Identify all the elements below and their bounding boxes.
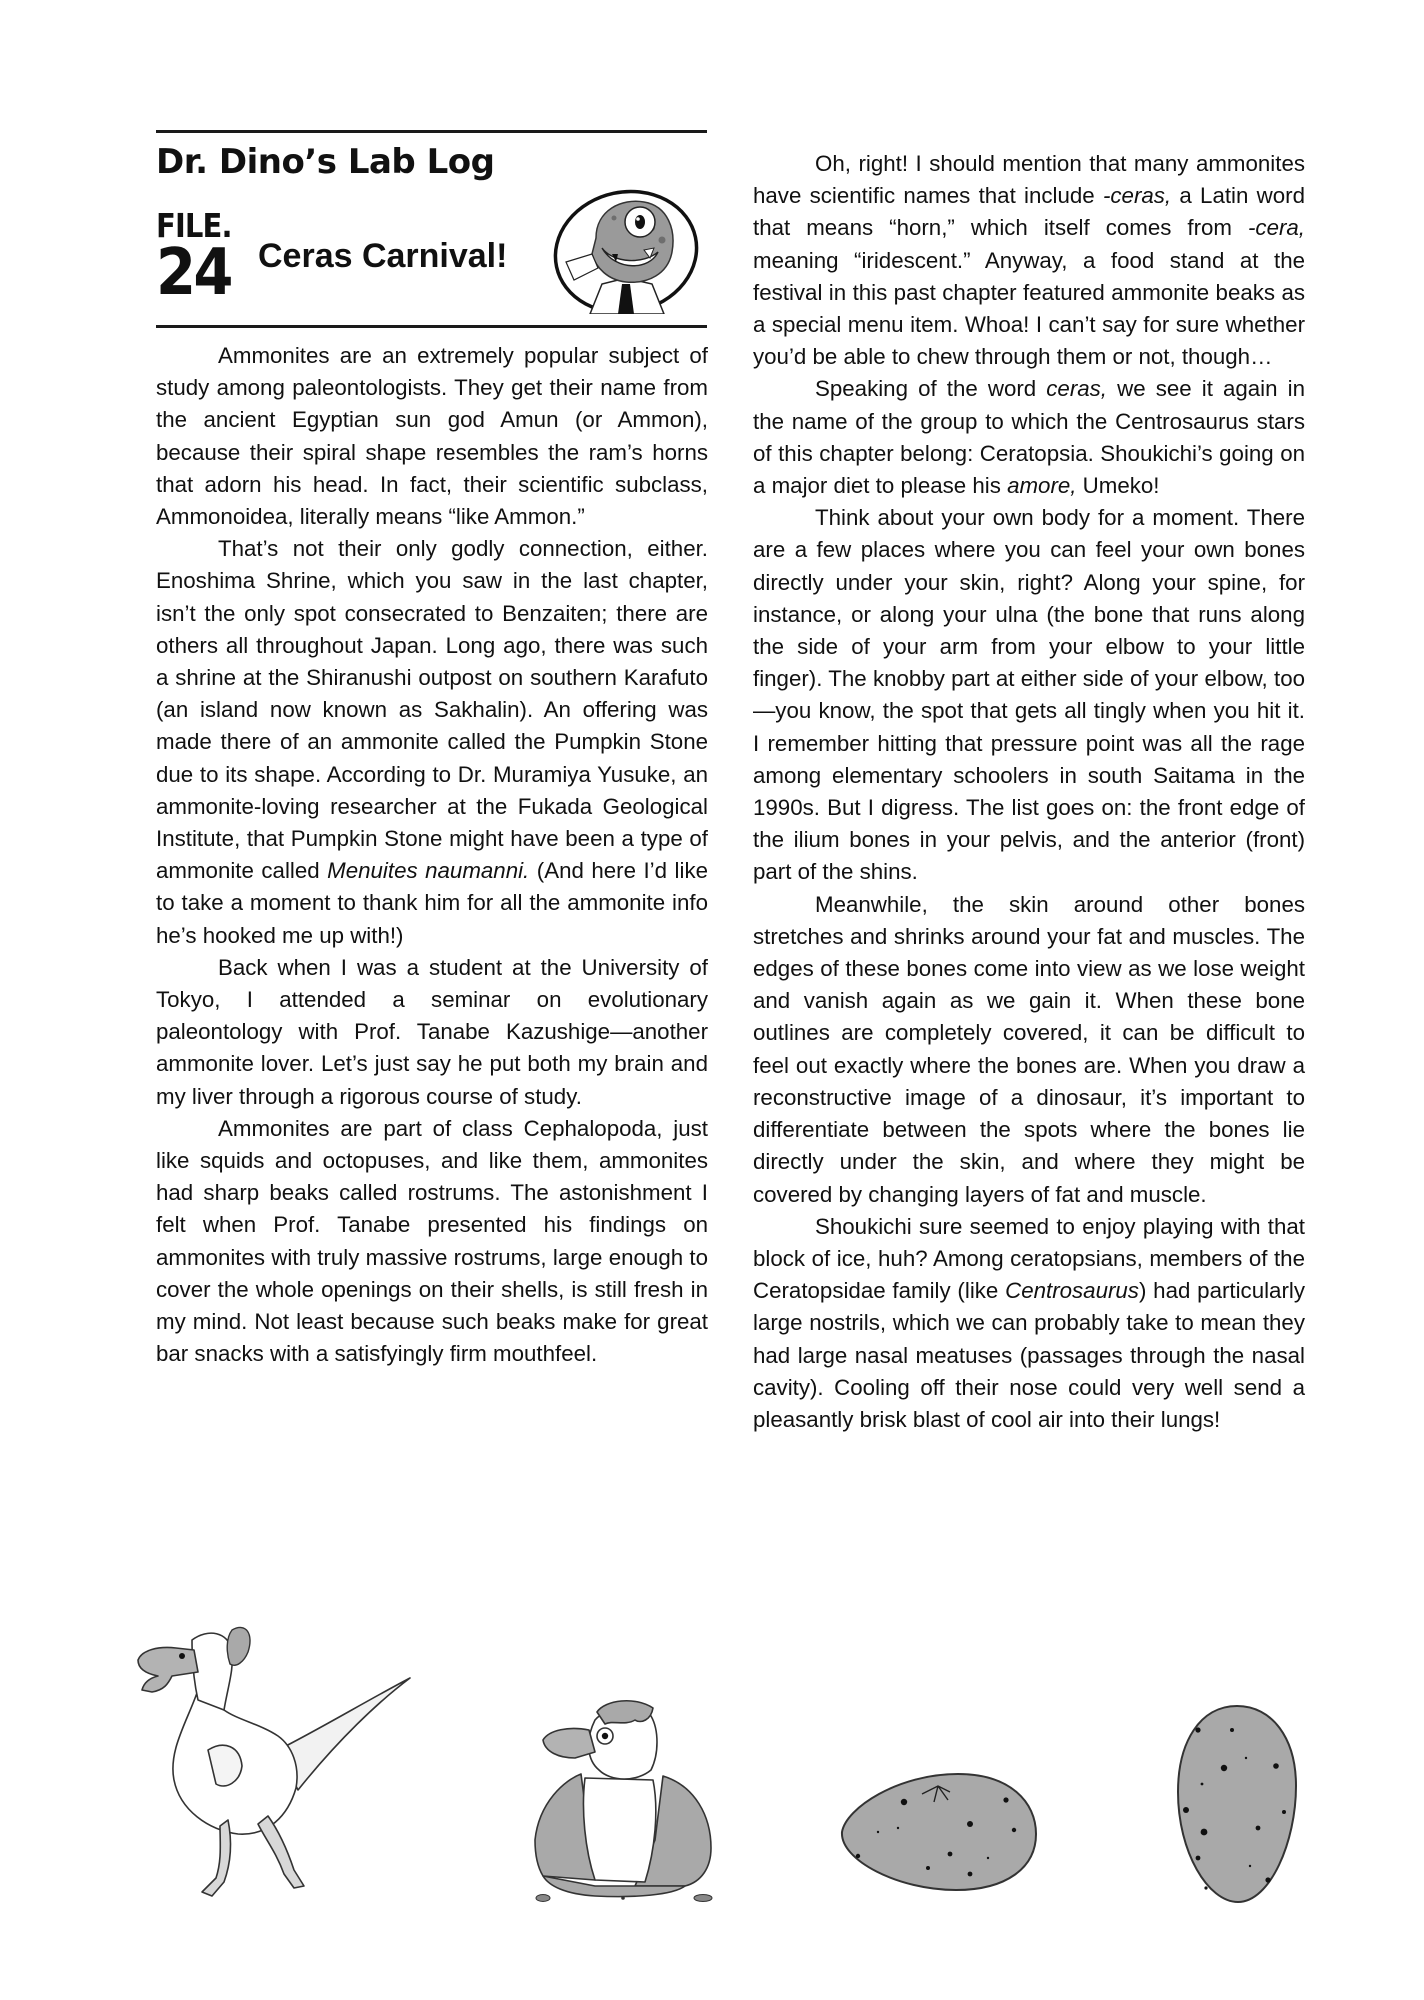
body-text: That’s not their only godly connection, … xyxy=(156,536,708,883)
header-top-rule xyxy=(156,130,707,133)
paragraph: Ammonites are part of class Cephalopoda,… xyxy=(156,1113,708,1371)
paragraph: Oh, right! I should mention that many am… xyxy=(753,148,1305,373)
lab-log-page: Dr. Dino’s Lab Log FILE. 24 Ceras Carniv… xyxy=(0,0,1424,2000)
paragraph: Think about your own body for a moment. … xyxy=(753,502,1305,888)
body-text: Meanwhile, the skin around other bones s… xyxy=(753,892,1305,1207)
dr-dino-mascot-icon xyxy=(552,188,700,314)
file-number: 24 xyxy=(156,240,231,306)
body-text: Ammonites are an extremely popular subje… xyxy=(156,343,708,529)
left-text-column: Ammonites are an extremely popular subje… xyxy=(156,340,708,1371)
lab-log-header: Dr. Dino’s Lab Log FILE. 24 Ceras Carniv… xyxy=(156,130,707,328)
body-text: Umeko! xyxy=(1076,473,1159,498)
body-text: Speaking of the word xyxy=(815,376,1046,401)
chapter-title: Ceras Carnival! xyxy=(258,236,507,276)
italic-text: ceras, xyxy=(1046,376,1107,401)
italic-text: amore, xyxy=(1007,473,1076,498)
paragraph: Speaking of the word ceras, we see it ag… xyxy=(753,373,1305,502)
italic-text: -cera, xyxy=(1248,215,1305,240)
italic-text: Centrosaurus xyxy=(1005,1278,1139,1303)
body-text: meaning “iridescent.” Anyway, a food sta… xyxy=(753,248,1305,370)
paragraph: Back when I was a student at the Univers… xyxy=(156,952,708,1113)
italic-text: -ceras, xyxy=(1103,183,1171,208)
speckled-egg-horizontal-illustration xyxy=(838,1768,1040,1896)
body-text: Think about your own body for a moment. … xyxy=(753,505,1305,884)
body-text: Back when I was a student at the Univers… xyxy=(156,955,708,1109)
speckled-egg-vertical-illustration xyxy=(1172,1702,1302,1906)
paragraph: Meanwhile, the skin around other bones s… xyxy=(753,889,1305,1211)
hatchling-in-egg-illustration xyxy=(525,1690,725,1905)
paragraph: Ammonites are an extremely popular subje… xyxy=(156,340,708,533)
body-text: Ammonites are part of class Cephalopoda,… xyxy=(156,1116,708,1366)
series-title: Dr. Dino’s Lab Log xyxy=(156,140,494,184)
right-text-column: Oh, right! I should mention that many am… xyxy=(753,148,1305,1436)
paragraph: That’s not their only godly connection, … xyxy=(156,533,708,952)
paragraph: Shoukichi sure seemed to enjoy playing w… xyxy=(753,1211,1305,1436)
italic-text: Menuites naumanni. xyxy=(327,858,529,883)
header-bottom-rule xyxy=(156,325,707,328)
raptor-dinosaur-illustration xyxy=(128,1620,418,1910)
